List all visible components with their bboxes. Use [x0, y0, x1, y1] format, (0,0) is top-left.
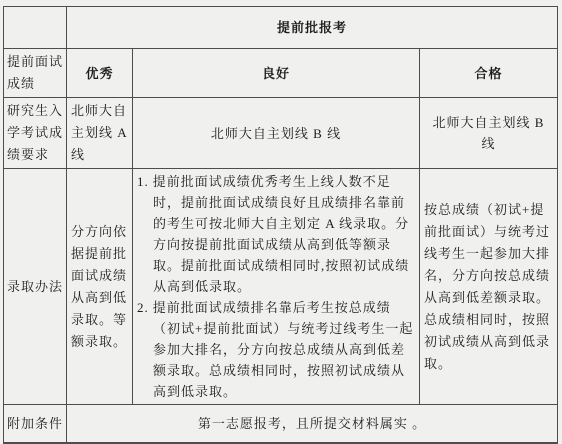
exam-line-good: 北师大自主划线 B 线 — [133, 98, 420, 169]
additional-condition-label: 附加条件 — [4, 405, 67, 444]
admission-method-excellent: 分方向依据提前批面试成绩从高到低录取。等额录取。 — [67, 169, 133, 405]
admission-rule-item-2: 2.提前批面试成绩排名靠后考生按总成绩（初试+提前批面试）与统考过线考生一起参加… — [137, 297, 415, 402]
interview-grade-excellent: 优秀 — [67, 49, 133, 98]
admission-policy-table: 提前批报考 提前面试成绩 优秀 良好 合格 研究生入学考试成绩要求 北师大自主划… — [3, 6, 558, 444]
interview-grade-qualified: 合格 — [420, 49, 558, 98]
batch-header-cell: 提前批报考 — [67, 7, 558, 49]
interview-score-row: 提前面试成绩 优秀 良好 合格 — [4, 49, 558, 98]
admission-rule-item-1: 1.提前批面试成绩优秀考生上线人数不足时，提前批面试成绩良好且成绩排名靠前的考生… — [137, 171, 415, 297]
admission-method-label: 录取办法 — [4, 169, 67, 405]
interview-score-label: 提前面试成绩 — [4, 49, 67, 98]
rule-text: 提前批面试成绩优秀考生上线人数不足时，提前批面试成绩良好且成绩排名靠前的考生可按… — [153, 174, 410, 294]
corner-empty-cell — [4, 7, 67, 49]
additional-condition-row: 附加条件 第一志愿报考，且所提交材料属实 。 — [4, 405, 558, 444]
exam-score-row: 研究生入学考试成绩要求 北师大自主划线 A 线 北师大自主划线 B 线 北师大自… — [4, 98, 558, 169]
rule-text: 提前批面试成绩排名靠后考生按总成绩（初试+提前批面试）与统考过线考生一起参加大排… — [153, 300, 414, 399]
interview-grade-good: 良好 — [133, 49, 420, 98]
exam-score-label: 研究生入学考试成绩要求 — [4, 98, 67, 169]
admission-method-good: 1.提前批面试成绩优秀考生上线人数不足时，提前批面试成绩良好且成绩排名靠前的考生… — [133, 169, 420, 405]
admission-method-qualified: 按总成绩（初试+提前批面试）与统考过线考生一起参加大排名，分方向按总成绩从高到低… — [420, 169, 558, 405]
rule-number: 1. — [137, 174, 149, 189]
exam-line-excellent: 北师大自主划线 A 线 — [67, 98, 133, 169]
exam-line-qualified: 北师大自主划线 B 线 — [420, 98, 558, 169]
rule-number: 2. — [137, 300, 149, 315]
additional-condition-value: 第一志愿报考，且所提交材料属实 。 — [67, 405, 558, 444]
batch-header-row: 提前批报考 — [4, 7, 558, 49]
admission-method-row: 录取办法 分方向依据提前批面试成绩从高到低录取。等额录取。 1.提前批面试成绩优… — [4, 169, 558, 405]
